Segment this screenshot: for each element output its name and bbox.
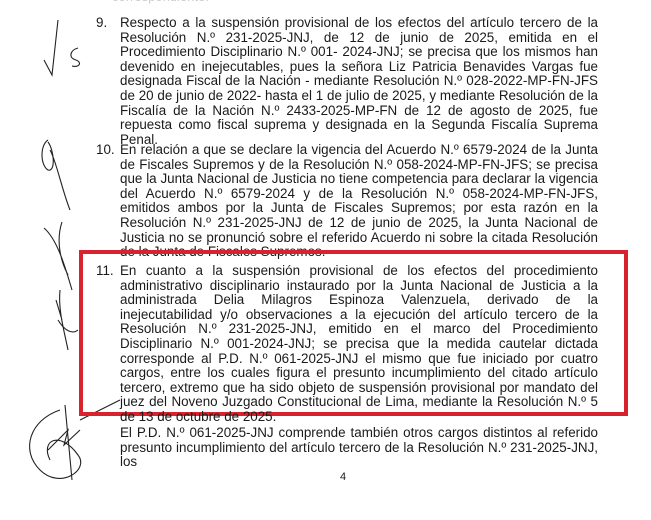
list-item-11-highlighted: 11. En cuanto a la suspensión provisiona… <box>96 264 598 425</box>
item-text: Respecto a la suspensión provisional de … <box>120 16 598 147</box>
page-number: 4 <box>340 470 346 485</box>
item-number: 11. <box>96 264 120 279</box>
list-item-9: 9. Respecto a la suspensión provisional … <box>96 16 598 147</box>
item-number: 10. <box>96 143 120 158</box>
trailing-paragraph: El P.D. N.º 061-2025-JNJ comprende tambi… <box>120 426 598 470</box>
document-page: correspondiente. 9. Respecto a la suspen… <box>0 0 651 520</box>
cutoff-previous-line: correspondiente. <box>112 0 312 5</box>
list-item-10: 10. En relación a que se declare la vige… <box>96 143 598 260</box>
item-number: 9. <box>96 16 120 31</box>
item-text: En cuanto a la suspensión provisional de… <box>120 264 598 425</box>
item-text: En relación a que se declare la vigencia… <box>120 143 598 260</box>
